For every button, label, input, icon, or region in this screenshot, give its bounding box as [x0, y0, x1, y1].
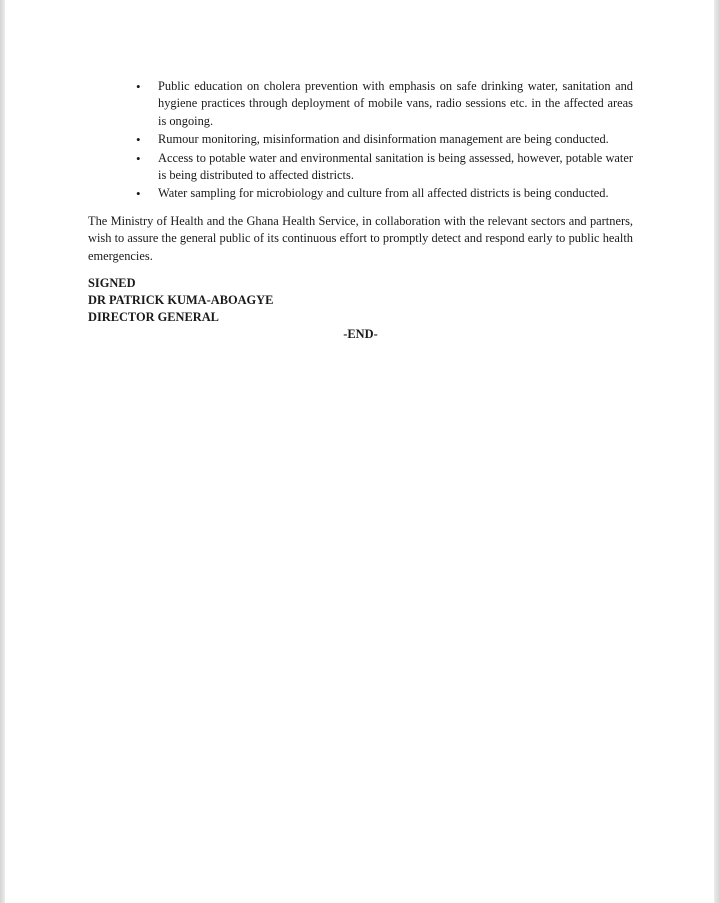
- signature-block: SIGNED DR PATRICK KUMA-ABOAGYE DIRECTOR …: [88, 275, 633, 326]
- action-bullet-list: • Public education on cholera prevention…: [88, 78, 633, 203]
- document-page: • Public education on cholera prevention…: [88, 78, 633, 343]
- bullet-icon: •: [136, 150, 141, 167]
- signatory-title: DIRECTOR GENERAL: [88, 309, 633, 326]
- bullet-icon: •: [136, 131, 141, 148]
- bullet-text: Public education on cholera prevention w…: [158, 79, 633, 128]
- bullet-item-public-education: • Public education on cholera prevention…: [88, 78, 633, 130]
- closing-paragraph: The Ministry of Health and the Ghana Hea…: [88, 213, 633, 265]
- bullet-text: Access to potable water and environmenta…: [158, 151, 633, 182]
- signatory-name: DR PATRICK KUMA-ABOAGYE: [88, 292, 633, 309]
- bullet-icon: •: [136, 185, 141, 202]
- end-mark: -END-: [88, 326, 633, 343]
- page-edge-right: [714, 0, 720, 903]
- bullet-item-rumour-monitoring: • Rumour monitoring, misinformation and …: [88, 131, 633, 148]
- bullet-text: Rumour monitoring, misinformation and di…: [158, 132, 609, 146]
- bullet-item-water-sampling: • Water sampling for microbiology and cu…: [88, 185, 633, 202]
- bullet-icon: •: [136, 78, 141, 95]
- bullet-item-potable-water: • Access to potable water and environmen…: [88, 150, 633, 185]
- page-edge-left: [0, 0, 5, 903]
- bullet-text: Water sampling for microbiology and cult…: [158, 186, 609, 200]
- signed-label: SIGNED: [88, 275, 633, 292]
